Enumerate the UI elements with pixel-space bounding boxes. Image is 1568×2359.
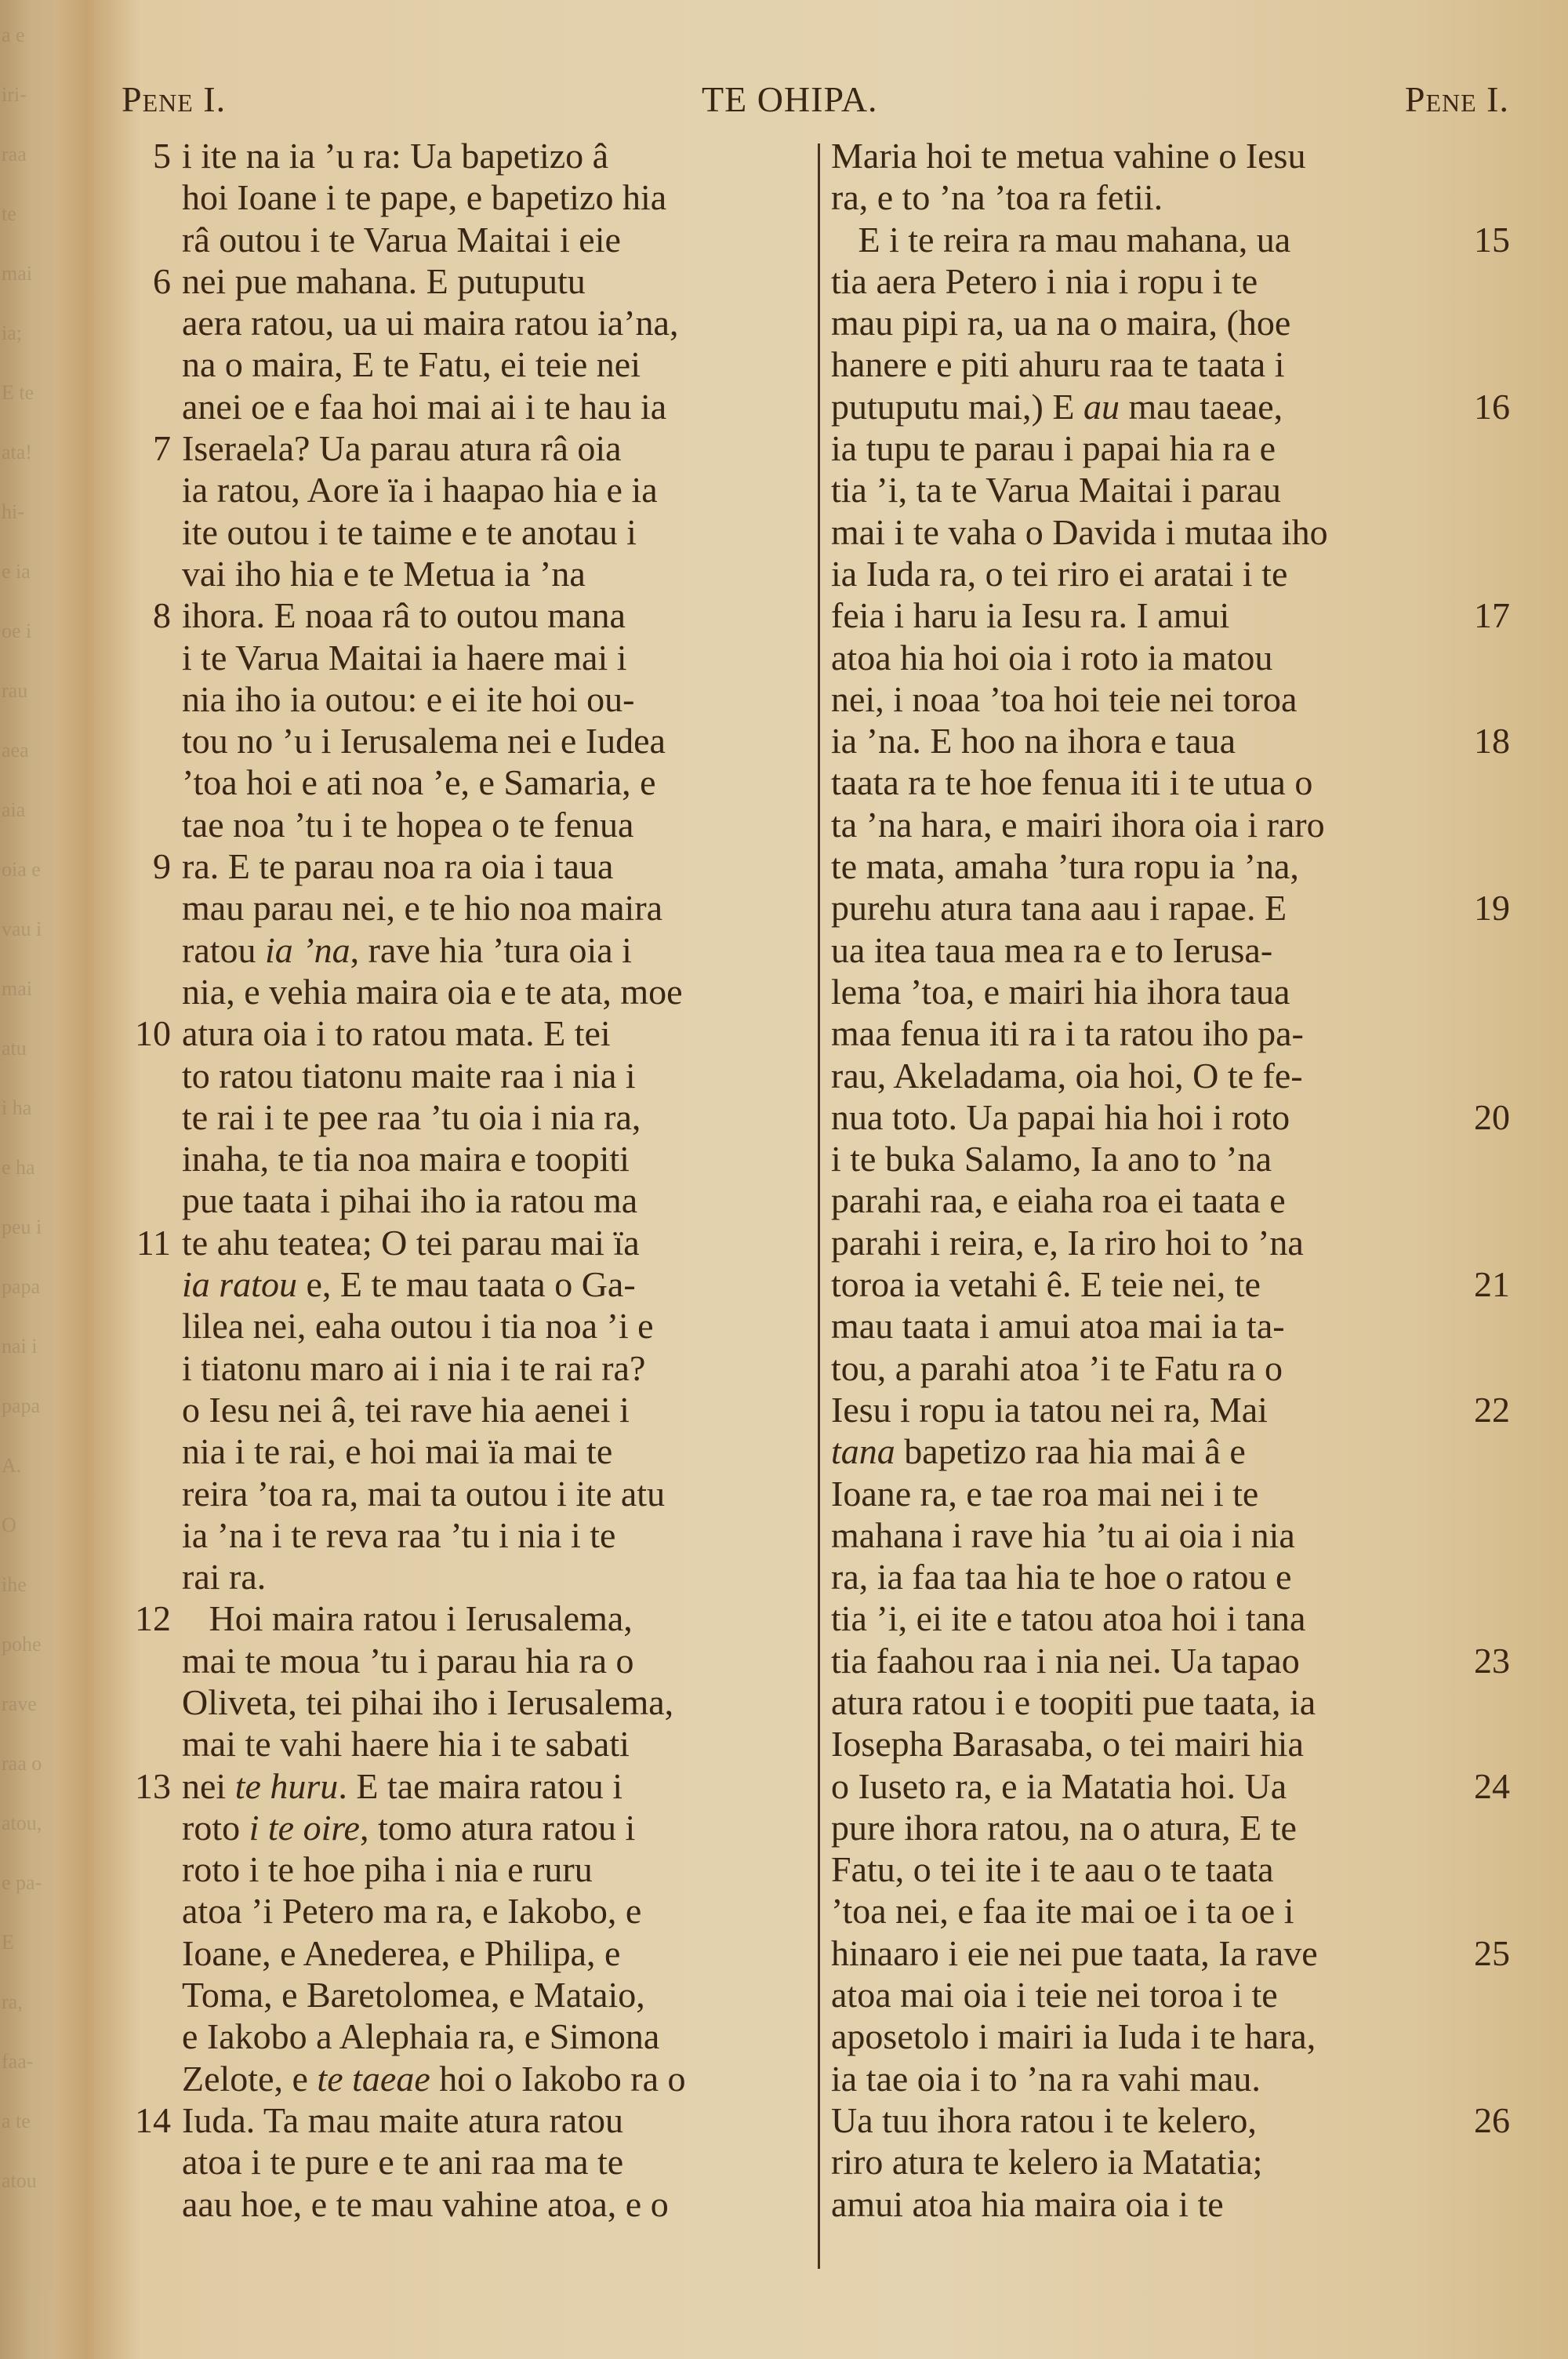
text-line: 11te ahu teatea; O tei parau mai ïa	[125, 1222, 815, 1263]
gutter-fragment: hi-	[2, 500, 24, 524]
verse-number: 5	[125, 135, 171, 176]
verse-text: pue taata i pihai iho ia ratou ma	[182, 1179, 637, 1221]
verse-number: 23	[1474, 1640, 1510, 1681]
verse-text: Ioane ra, e tae roa mai nei i te	[831, 1473, 1258, 1514]
verse-text: Zelote, e te taeae hoi o Iakobo ra o	[182, 2058, 686, 2099]
text-line: parahi raa, e eiaha roa ei taata e	[831, 1179, 1537, 1221]
text-line: hoi Ioane i te pape, e bapetizo hia	[125, 176, 815, 218]
text-line: pure ihora ratou, na o atura, E te	[831, 1807, 1537, 1848]
verse-text: ta ’na hara, e mairi ihora oia i raro	[831, 804, 1325, 845]
verse-text: mau pipi ra, ua na o maira, (hoe	[831, 302, 1290, 343]
text-line: atura ratou i e toopiti pue taata, ia	[831, 1681, 1537, 1723]
verse-text: Oliveta, tei pihai iho i Ierusalema,	[182, 1681, 673, 1723]
verse-text: nei, i noaa ’toa hoi teie nei toroa	[831, 678, 1297, 720]
text-line: 16putuputu mai,) E au mau taeae,	[831, 386, 1537, 427]
text-line: 24o Iuseto ra, e ia Matatia hoi. Ua	[831, 1765, 1537, 1807]
gutter-fragment: a e	[2, 24, 25, 47]
gutter-fragment: pohe	[2, 1633, 42, 1656]
text-line: ’toa nei, e faa ite mai oe i ta oe i	[831, 1890, 1537, 1932]
verse-text: pure ihora ratou, na o atura, E te	[831, 1807, 1297, 1848]
verse-text: tana bapetizo raa hia mai â e	[831, 1430, 1246, 1472]
text-line: Fatu, o tei ite i te aau o te taata	[831, 1848, 1537, 1890]
verse-text: mahana i rave hia ’tu ai oia i nia	[831, 1514, 1295, 1556]
verse-text: roto i te hoe piha i nia e ruru	[182, 1848, 593, 1890]
text-line: roto i te oire, tomo atura ratou i	[125, 1807, 815, 1848]
verse-text: ’toa nei, e faa ite mai oe i ta oe i	[831, 1890, 1294, 1932]
verse-text: Ua tuu ihora ratou i te kelero,	[831, 2099, 1257, 2141]
gutter-fragment: e pa-	[2, 1871, 42, 1895]
verse-text: ’toa hoi e ati noa ’e, e Samaria, e	[182, 761, 656, 803]
gutter-fragment: mai	[2, 262, 32, 285]
verse-number: 18	[1474, 720, 1510, 761]
verse-text: Maria hoi te metua vahine o Iesu	[831, 135, 1305, 176]
verse-text: aera ratou, ua ui maira ratou ia’na,	[182, 302, 678, 343]
verse-text: aau hoe, e te mau vahine atoa, e o	[182, 2183, 669, 2225]
text-line: tou, a parahi atoa ’i te Fatu ra o	[831, 1347, 1537, 1389]
verse-text: ia ’na. E hoo na ihora e taua	[831, 720, 1236, 761]
verse-number: 20	[1474, 1096, 1510, 1138]
text-line: ia ratou e, E te mau taata o Ga-	[125, 1263, 815, 1305]
text-line: Iosepha Barasaba, o tei mairi hia	[831, 1723, 1537, 1765]
italic-emphasis: ia ratou	[182, 1264, 297, 1304]
gutter-fragment: a te	[2, 2110, 31, 2133]
text-line: 15 E i te reira ra mau mahana, ua	[831, 219, 1537, 260]
verse-text: aposetolo i mairi ia Iuda i te hara,	[831, 2016, 1316, 2057]
verse-text: te mata, amaha ’tura ropu ia ’na,	[831, 845, 1299, 887]
text-line: o Iesu nei â, tei rave hia aenei i	[125, 1389, 815, 1430]
verse-number: 15	[1474, 219, 1510, 260]
text-line: rai ra.	[125, 1556, 815, 1598]
verse-number: 13	[125, 1765, 171, 1807]
verse-text: mau taata i amui atoa mai ia ta-	[831, 1305, 1285, 1347]
verse-text: te ahu teatea; O tei parau mai ïa	[182, 1222, 640, 1263]
text-line: ia Iuda ra, o tei riro ei aratai i te	[831, 553, 1537, 594]
verse-text: toroa ia vetahi ê. E teie nei, te	[831, 1263, 1261, 1305]
verse-text: to ratou tiatonu maite raa i nia i	[182, 1055, 636, 1096]
gutter-fragment: ihe	[2, 1573, 27, 1597]
verse-number: 21	[1474, 1263, 1510, 1305]
text-line: 14Iuda. Ta mau maite atura ratou	[125, 2099, 815, 2141]
verse-text: hinaaro i eie nei pue taata, Ia rave	[831, 1932, 1318, 1974]
verse-number: 17	[1474, 594, 1510, 636]
text-line: aau hoe, e te mau vahine atoa, e o	[125, 2183, 815, 2225]
text-line: 5i ite na ia ’u ra: Ua bapetizo â	[125, 135, 815, 176]
verse-text: purehu atura tana aau i rapae. E	[831, 887, 1287, 929]
verse-text: ia tae oia i to ’na ra vahi mau.	[831, 2058, 1261, 2099]
text-line: nia, e vehia maira oia e te ata, moe	[125, 971, 815, 1012]
text-line: mahana i rave hia ’tu ai oia i nia	[831, 1514, 1537, 1556]
text-line: Zelote, e te taeae hoi o Iakobo ra o	[125, 2058, 815, 2099]
verse-number: 24	[1474, 1765, 1510, 1807]
gutter-fragment: A.	[2, 1454, 21, 1478]
text-line: atoa mai oia i teie nei toroa i te	[831, 1974, 1537, 2016]
gutter-fragment: e ha	[2, 1156, 35, 1179]
verse-text: i ite na ia ’u ra: Ua bapetizo â	[182, 135, 608, 176]
verse-number: 12	[125, 1598, 171, 1639]
verse-text: o Iuseto ra, e ia Matatia hoi. Ua	[831, 1765, 1287, 1807]
left-column: 5i ite na ia ’u ra: Ua bapetizo âhoi Ioa…	[125, 135, 815, 2225]
verse-number: 10	[125, 1012, 171, 1054]
gutter-fragment: papa	[2, 1394, 40, 1418]
verse-text: rau, Akeladama, oia hoi, O te fe-	[831, 1055, 1303, 1096]
text-line: amui atoa hia maira oia i te	[831, 2183, 1537, 2225]
text-line: ra, e to ’na ’toa ra fetii.	[831, 176, 1537, 218]
verse-text: Toma, e Baretolomea, e Mataio,	[182, 1974, 645, 2016]
text-line: maa fenua iti ra i ta ratou iho pa-	[831, 1012, 1537, 1054]
verse-text: ra. E te parau noa ra oia i taua	[182, 845, 613, 887]
verse-text: atoa i te pure e te ani raa ma te	[182, 2141, 623, 2183]
text-line: 22Iesu i ropu ia tatou nei ra, Mai	[831, 1389, 1537, 1430]
text-line: ia tae oia i to ’na ra vahi mau.	[831, 2058, 1537, 2099]
text-line: Ioane ra, e tae roa mai nei i te	[831, 1473, 1537, 1514]
verse-text: vai iho hia e te Metua ia ’na	[182, 553, 586, 594]
gutter-fragment: oe i	[2, 620, 31, 643]
text-line: hanere e piti ahuru raa te taata i	[831, 343, 1537, 385]
verse-text: na o maira, E te Fatu, ei teie nei	[182, 343, 641, 385]
text-line: mau parau nei, e te hio noa maira	[125, 887, 815, 929]
text-line: i te buka Salamo, Ia ano to ’na	[831, 1138, 1537, 1179]
verse-text: maa fenua iti ra i ta ratou iho pa-	[831, 1012, 1304, 1054]
verse-text: nia iho ia outou: e ei ite hoi ou-	[182, 678, 634, 720]
text-line: vai iho hia e te Metua ia ’na	[125, 553, 815, 594]
text-line: nei, i noaa ’toa hoi teie nei toroa	[831, 678, 1537, 720]
text-line: tou no ’u i Ierusalema nei e Iudea	[125, 720, 815, 761]
verse-text: nia i te rai, e hoi mai ïa mai te	[182, 1430, 612, 1472]
verse-text: lema ’toa, e mairi hia ihora taua	[831, 971, 1290, 1012]
text-line: ia tupu te parau i papai hia ra e	[831, 427, 1537, 469]
text-line: mai te vahi haere hia i te sabati	[125, 1723, 815, 1765]
gutter-fragment: atou	[2, 2169, 37, 2193]
italic-emphasis: te huru	[235, 1766, 339, 1806]
verse-text: reira ’toa ra, mai ta outou i ite atu	[182, 1473, 665, 1514]
text-line: na o maira, E te Fatu, ei teie nei	[125, 343, 815, 385]
gutter-fragment: rau	[2, 679, 27, 703]
verse-text: i te buka Salamo, Ia ano to ’na	[831, 1138, 1272, 1179]
italic-emphasis: au	[1083, 387, 1120, 427]
text-line: i tiatonu maro ai i nia i te rai ra?	[125, 1347, 815, 1389]
text-line: atoa hia hoi oia i roto ia matou	[831, 637, 1537, 678]
text-line: 20nua toto. Ua papai hia hoi i roto	[831, 1096, 1537, 1138]
gutter-fragment: O	[2, 1514, 16, 1537]
verse-text: ra, ia faa taa hia te hoe o ratou e	[831, 1556, 1291, 1598]
italic-emphasis: i te oire	[249, 1808, 360, 1848]
gutter-fragment: E	[2, 1931, 14, 1954]
text-line: i te Varua Maitai ia haere mai i	[125, 637, 815, 678]
verse-text: nua toto. Ua papai hia hoi i roto	[831, 1096, 1290, 1138]
text-line: 13nei te huru. E tae maira ratou i	[125, 1765, 815, 1807]
verse-text: atura ratou i e toopiti pue taata, ia	[831, 1681, 1316, 1723]
text-line: 10atura oia i to ratou mata. E tei	[125, 1012, 815, 1054]
verse-number: 6	[125, 260, 171, 302]
text-line: mau taata i amui atoa mai ia ta-	[831, 1305, 1537, 1347]
text-line: roto i te hoe piha i nia e ruru	[125, 1848, 815, 1890]
text-line: tana bapetizo raa hia mai â e	[831, 1430, 1537, 1472]
verse-text: inaha, te tia noa maira e toopiti	[182, 1138, 630, 1179]
text-line: tia ’i, ei ite e tatou atoa hoi i tana	[831, 1598, 1537, 1639]
verse-text: nei pue mahana. E putuputu	[182, 260, 586, 302]
verse-text: ratou ia ’na, rave hia ’tura oia i	[182, 929, 632, 971]
text-line: tia aera Petero i nia i ropu i te	[831, 260, 1537, 302]
verse-text: parahi i reira, e, Ia riro hoi to ’na	[831, 1222, 1304, 1263]
gutter-fragment: E te	[2, 381, 34, 405]
verse-text: Ioane, e Anederea, e Philipa, e	[182, 1932, 620, 1974]
text-line: Maria hoi te metua vahine o Iesu	[831, 135, 1537, 176]
text-line: lilea nei, eaha outou i tia noa ’i e	[125, 1305, 815, 1347]
verse-text: riro atura te kelero ia Matatia;	[831, 2141, 1262, 2183]
text-line: 9ra. E te parau noa ra oia i taua	[125, 845, 815, 887]
gutter-fragment: aea	[2, 739, 29, 762]
verse-text: nia, e vehia maira oia e te ata, moe	[182, 971, 683, 1012]
text-line: mau pipi ra, ua na o maira, (hoe	[831, 302, 1537, 343]
text-line: tae noa ’tu i te hopea o te fenua	[125, 804, 815, 845]
verse-number: 14	[125, 2099, 171, 2141]
verse-text: amui atoa hia maira oia i te	[831, 2183, 1224, 2225]
verse-text: ua itea taua mea ra e to Ierusa-	[831, 929, 1272, 971]
verse-text: Hoi maira ratou i Ierusalema,	[182, 1598, 633, 1639]
gutter-fragment: i ha	[2, 1096, 31, 1120]
gutter-fragment: te	[2, 202, 16, 226]
gutter-fragment: nai i	[2, 1335, 38, 1358]
text-line: 17feia i haru ia Iesu ra. I amui	[831, 594, 1537, 636]
gutter-fragment: e ia	[2, 560, 31, 583]
right-column: Maria hoi te metua vahine o Iesura, e to…	[831, 135, 1537, 2225]
verse-text: Iesu i ropu ia tatou nei ra, Mai	[831, 1389, 1268, 1430]
text-line: ’toa hoi e ati noa ’e, e Samaria, e	[125, 761, 815, 803]
text-line: parahi i reira, e, Ia riro hoi to ’na	[831, 1222, 1537, 1263]
text-line: 19purehu atura tana aau i rapae. E	[831, 887, 1537, 929]
text-line: atoa i te pure e te ani raa ma te	[125, 2141, 815, 2183]
book-page: a eiri-raatemaiia;E teata!hi-e iaoe irau…	[0, 0, 1568, 2359]
verse-text: Fatu, o tei ite i te aau o te taata	[831, 1848, 1274, 1890]
verse-text: tou no ’u i Ierusalema nei e Iudea	[182, 720, 666, 761]
gutter-fragment: peu i	[2, 1216, 42, 1239]
verse-number: 11	[125, 1222, 171, 1263]
text-line: ia ’na i te reva raa ’tu i nia i te	[125, 1514, 815, 1556]
verse-text: e Iakobo a Alephaia ra, e Simona	[182, 2016, 659, 2057]
verse-text: roto i te oire, tomo atura ratou i	[182, 1807, 635, 1848]
gutter-fragment: ata!	[2, 441, 32, 464]
verse-text: ihora. E noaa râ to outou mana	[182, 594, 626, 636]
verse-text: mai te moua ’tu i parau hia ra o	[182, 1640, 634, 1681]
text-line: Toma, e Baretolomea, e Mataio,	[125, 1974, 815, 2016]
verse-text: atoa mai oia i teie nei toroa i te	[831, 1974, 1278, 2016]
verse-text: ite outou i te taime e te anotau i	[182, 511, 637, 553]
gutter-fragment: atou,	[2, 1812, 42, 1835]
verse-text: parahi raa, e eiaha roa ei taata e	[831, 1179, 1286, 1221]
verse-text: ia ratou, Aore ïa i haapao hia e ia	[182, 469, 658, 511]
verse-text: lilea nei, eaha outou i tia noa ’i e	[182, 1305, 654, 1347]
column-rule	[818, 144, 820, 2269]
verse-text: tia ’i, ta te Varua Maitai i parau	[831, 469, 1281, 511]
verse-text: hoi Ioane i te pape, e bapetizo hia	[182, 176, 666, 218]
verse-text: mai te vahi haere hia i te sabati	[182, 1723, 630, 1765]
text-line: 21toroa ia vetahi ê. E teie nei, te	[831, 1263, 1537, 1305]
text-line: ite outou i te taime e te anotau i	[125, 511, 815, 553]
text-line: Oliveta, tei pihai iho i Ierusalema,	[125, 1681, 815, 1723]
verse-number: 7	[125, 427, 171, 469]
verse-text: Iuda. Ta mau maite atura ratou	[182, 2099, 623, 2141]
text-line: 8ihora. E noaa râ to outou mana	[125, 594, 815, 636]
verse-text: ia ’na i te reva raa ’tu i nia i te	[182, 1514, 615, 1556]
text-line: riro atura te kelero ia Matatia;	[831, 2141, 1537, 2183]
text-line: tia ’i, ta te Varua Maitai i parau	[831, 469, 1537, 511]
verse-number: 22	[1474, 1389, 1510, 1430]
text-line: 7Iseraela? Ua parau atura râ oia	[125, 427, 815, 469]
text-line: aera ratou, ua ui maira ratou ia’na,	[125, 302, 815, 343]
text-line: Ioane, e Anederea, e Philipa, e	[125, 1932, 815, 1974]
text-line: ta ’na hara, e mairi ihora oia i raro	[831, 804, 1537, 845]
text-line: e Iakobo a Alephaia ra, e Simona	[125, 2016, 815, 2057]
verse-text: mau parau nei, e te hio noa maira	[182, 887, 662, 929]
verse-number: 25	[1474, 1932, 1510, 1974]
text-line: ia ratou, Aore ïa i haapao hia e ia	[125, 469, 815, 511]
verse-text: Iosepha Barasaba, o tei mairi hia	[831, 1723, 1304, 1765]
verse-text: i tiatonu maro ai i nia i te rai ra?	[182, 1347, 645, 1389]
verse-number: 26	[1474, 2099, 1510, 2141]
text-line: 12 Hoi maira ratou i Ierusalema,	[125, 1598, 815, 1639]
gutter-fragment: oia e	[2, 858, 41, 881]
text-line: ra, ia faa taa hia te hoe o ratou e	[831, 1556, 1537, 1598]
gutter-fragment: rave	[2, 1692, 37, 1716]
gutter-fragment: papa	[2, 1275, 40, 1299]
text-line: nia i te rai, e hoi mai ïa mai te	[125, 1430, 815, 1472]
verse-number: 8	[125, 594, 171, 636]
text-line: nia iho ia outou: e ei ite hoi ou-	[125, 678, 815, 720]
verse-text: atoa hia hoi oia i roto ia matou	[831, 637, 1272, 678]
verse-text: Iseraela? Ua parau atura râ oia	[182, 427, 622, 469]
verse-text: atura oia i to ratou mata. E tei	[182, 1012, 611, 1054]
italic-emphasis: te taeae	[317, 2059, 430, 2099]
text-line: ratou ia ’na, rave hia ’tura oia i	[125, 929, 815, 971]
verse-text: o Iesu nei â, tei rave hia aenei i	[182, 1389, 630, 1430]
verse-text: taata ra te hoe fenua iti i te utua o	[831, 761, 1312, 803]
text-line: 26Ua tuu ihora ratou i te kelero,	[831, 2099, 1537, 2141]
gutter-fragment: ia;	[2, 322, 22, 345]
facing-page-gutter: a eiri-raatemaiia;E teata!hi-e iaoe irau…	[0, 0, 55, 2359]
text-line: aposetolo i mairi ia Iuda i te hara,	[831, 2016, 1537, 2057]
gutter-fragment: ra,	[2, 1990, 23, 2014]
verse-text: ia ratou e, E te mau taata o Ga-	[182, 1263, 636, 1305]
chapter-label-right: Pene I.	[1405, 78, 1509, 120]
gutter-fragment: vau i	[2, 918, 42, 941]
text-line: to ratou tiatonu maite raa i nia i	[125, 1055, 815, 1096]
verse-text: te rai i te pee raa ’tu oia i nia ra,	[182, 1096, 641, 1138]
verse-number: 16	[1474, 386, 1510, 427]
book-title: TE OHIPA.	[702, 78, 878, 120]
text-line: mai i te vaha o Davida i mutaa iho	[831, 511, 1537, 553]
text-line: 23tia faahou raa i nia nei. Ua tapao	[831, 1640, 1537, 1681]
italic-emphasis: ia ’na	[265, 930, 350, 970]
gutter-fragment: faa-	[2, 2050, 33, 2074]
verse-text: atoa ’i Petero ma ra, e Iakobo, e	[182, 1890, 641, 1932]
verse-text: i te Varua Maitai ia haere mai i	[182, 637, 627, 678]
verse-text: nei te huru. E tae maira ratou i	[182, 1765, 622, 1807]
text-line: 6nei pue mahana. E putuputu	[125, 260, 815, 302]
gutter-fragment: raa o	[2, 1752, 42, 1776]
verse-number: 19	[1474, 887, 1510, 929]
text-line: rau, Akeladama, oia hoi, O te fe-	[831, 1055, 1537, 1096]
verse-text: tae noa ’tu i te hopea o te fenua	[182, 804, 633, 845]
verse-text: tia ’i, ei ite e tatou atoa hoi i tana	[831, 1598, 1305, 1639]
text-line: atoa ’i Petero ma ra, e Iakobo, e	[125, 1890, 815, 1932]
verse-text: tia aera Petero i nia i ropu i te	[831, 260, 1258, 302]
chapter-label-left: Pene I.	[122, 78, 226, 120]
text-line: ua itea taua mea ra e to Ierusa-	[831, 929, 1537, 971]
verse-text: anei oe e faa hoi mai ai i te hau ia	[182, 386, 666, 427]
gutter-fragment: mai	[2, 977, 32, 1001]
gutter-fragment: aia	[2, 798, 25, 822]
verse-text: râ outou i te Varua Maitai i eie	[182, 219, 621, 260]
gutter-fragment: atu	[2, 1037, 27, 1060]
gutter-fragment: raa	[2, 143, 27, 166]
verse-number: 9	[125, 845, 171, 887]
text-line: te mata, amaha ’tura ropu ia ’na,	[831, 845, 1537, 887]
gutter-fragment: iri-	[2, 83, 27, 107]
verse-text: mai i te vaha o Davida i mutaa iho	[831, 511, 1328, 553]
text-line: pue taata i pihai iho ia ratou ma	[125, 1179, 815, 1221]
text-line: inaha, te tia noa maira e toopiti	[125, 1138, 815, 1179]
verse-text: tia faahou raa i nia nei. Ua tapao	[831, 1640, 1300, 1681]
verse-text: tou, a parahi atoa ’i te Fatu ra o	[831, 1347, 1283, 1389]
text-line: te rai i te pee raa ’tu oia i nia ra,	[125, 1096, 815, 1138]
verse-text: ra, e to ’na ’toa ra fetii.	[831, 176, 1163, 218]
text-line: râ outou i te Varua Maitai i eie	[125, 219, 815, 260]
verse-text: putuputu mai,) E au mau taeae,	[831, 386, 1283, 427]
text-line: 18ia ’na. E hoo na ihora e taua	[831, 720, 1537, 761]
verse-text: ia tupu te parau i papai hia ra e	[831, 427, 1276, 469]
verse-text: hanere e piti ahuru raa te taata i	[831, 343, 1285, 385]
text-line: 25hinaaro i eie nei pue taata, Ia rave	[831, 1932, 1537, 1974]
verse-text: feia i haru ia Iesu ra. I amui	[831, 594, 1229, 636]
text-line: taata ra te hoe fenua iti i te utua o	[831, 761, 1537, 803]
running-head: Pene I. TE OHIPA. Pene I.	[122, 78, 1509, 125]
verse-text: ia Iuda ra, o tei riro ei aratai i te	[831, 553, 1287, 594]
italic-emphasis: tana	[831, 1431, 895, 1471]
text-line: lema ’toa, e mairi hia ihora taua	[831, 971, 1537, 1012]
text-line: anei oe e faa hoi mai ai i te hau ia	[125, 386, 815, 427]
verse-text: E i te reira ra mau mahana, ua	[831, 219, 1290, 260]
text-line: mai te moua ’tu i parau hia ra o	[125, 1640, 815, 1681]
text-line: reira ’toa ra, mai ta outou i ite atu	[125, 1473, 815, 1514]
verse-text: rai ra.	[182, 1556, 266, 1598]
